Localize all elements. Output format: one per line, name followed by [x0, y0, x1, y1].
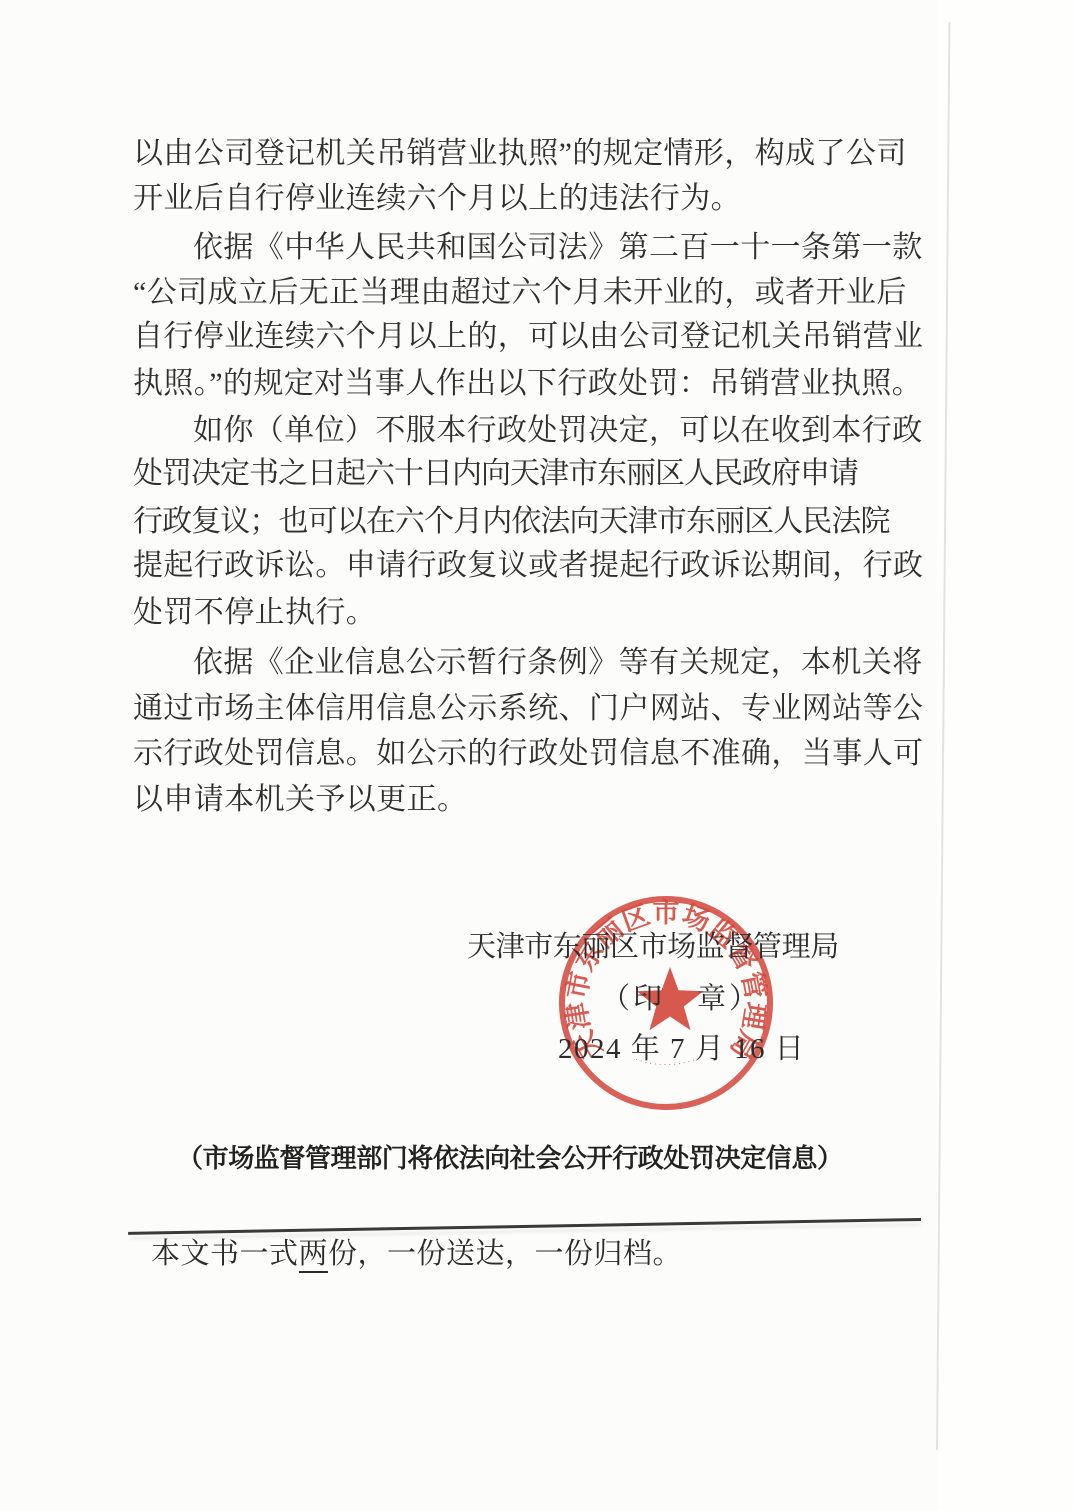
copies-note-prefix: 本文书一式: [151, 1238, 299, 1270]
body-line: 以申请本机关予以更正。: [133, 777, 467, 823]
body-line: 自行停业连续六个月以上的，可以由公司登记机关吊销营业: [133, 314, 923, 360]
copies-note-suffix: 份，一份送达，一份归档。: [328, 1238, 682, 1270]
body-line: 处罚决定书之日起六十日内向天津市东丽区人民政府申请: [133, 451, 858, 497]
scanned-penalty-decision-page: { "body_lines": [ "以由公司登记机关吊销营业执照”的规定情形，…: [0, 0, 1073, 1511]
scan-page-strip: [937, 0, 1073, 1511]
seal-placeholder-label: （印 章）: [601, 982, 761, 1016]
body-line: 提起行政诉讼。申请行政复议或者提起行政诉讼期间，行政: [133, 543, 923, 589]
body-line: 通过市场主体信用信息公示系统、门户网站、专业网站等公: [133, 686, 923, 732]
copies-note: 本文书一式两份，一份送达，一份归档。: [151, 1237, 682, 1271]
body-line: 如你（单位）不服本行政处罚决定，可以在收到本行政: [193, 408, 923, 454]
body-line: 开业后自行停业连续六个月以上的违法行为。: [133, 176, 741, 222]
body-line: “公司成立后无正当理由超过六个月未开业的，或者开业后: [133, 270, 907, 316]
body-line: 行政复议；也可以在六个月内依法向天津市东丽区人民法院: [133, 499, 890, 545]
footer-rule-line: [128, 1218, 921, 1235]
copies-note-underlined: 两: [299, 1238, 329, 1273]
body-line: 以由公司登记机关吊销营业执照”的规定情形，构成了公司: [133, 131, 907, 177]
body-line: 依据《企业信息公示暂行条例》等有关规定，本机关将: [193, 640, 923, 686]
public-disclosure-note: （市场监督管理部门将依法向社会公开行政处罚决定信息）: [177, 1141, 843, 1175]
body-line: 示行政处罚信息。如公示的行政处罚信息不准确，当事人可: [133, 731, 923, 777]
body-line: 依据《中华人民共和国公司法》第二百一十一条第一款: [193, 225, 923, 271]
decision-date: 2024 年 7 月 16 日: [558, 1032, 805, 1066]
body-line: 执照。”的规定对当事人作出以下行政处罚：吊销营业执照。: [133, 361, 922, 407]
body-line: 处罚不停止执行。: [133, 590, 376, 636]
issuing-agency-name: 天津市东丽区市场监督管理局: [467, 930, 839, 964]
